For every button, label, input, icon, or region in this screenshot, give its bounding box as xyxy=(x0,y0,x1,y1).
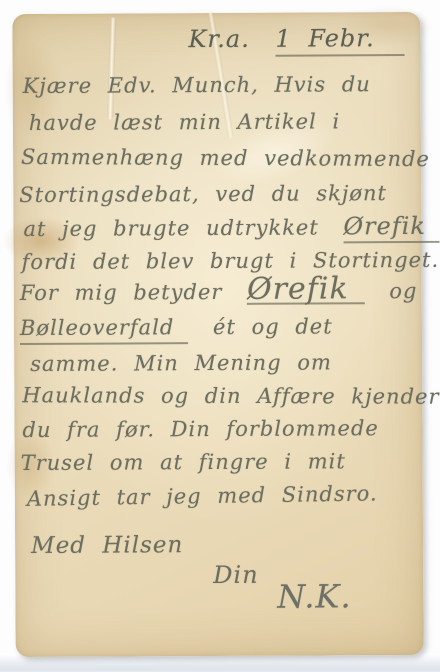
scan-background: Kr.a. 1 Febr. Kjære Edv. Munch, Hvis du … xyxy=(0,0,440,672)
letter-line-10: Hauklands og din Affære kjender xyxy=(22,382,439,409)
letter-line-4: Stortingsdebat, ved du skjønt xyxy=(19,180,387,208)
letter-line-9: samme. Min Mening om xyxy=(30,349,332,377)
letter-line-11: du fra før. Din forblommede xyxy=(22,415,378,443)
line-text: Stortingsdebat, ved du skjønt xyxy=(19,180,387,208)
line-text: du fra før. Din forblommede xyxy=(22,415,378,443)
letter-line-5: at jeg brugte udtrykket Ørefik xyxy=(23,213,440,245)
letter-line-12: Trusel om at fingre i mit xyxy=(21,448,346,476)
closing: Med Hilsen xyxy=(31,532,183,559)
signature-initials: N.K. xyxy=(277,583,351,609)
dateline-date: 1 Febr. xyxy=(275,25,404,57)
underlined-word: Bølleoverfald xyxy=(20,314,189,345)
valediction: Din xyxy=(213,562,259,588)
line-text: at jeg brugte udtrykket xyxy=(23,214,318,242)
closing-text: Med Hilsen xyxy=(31,532,183,559)
line-text: fordi det blev brugt i Stortinget. xyxy=(22,247,440,275)
postcard: Kr.a. 1 Febr. Kjære Edv. Munch, Hvis du … xyxy=(12,12,423,657)
dateline: Kr.a. 1 Febr. xyxy=(188,25,404,57)
line-text: havde læst min Artikel i xyxy=(29,108,340,136)
line-text: og xyxy=(389,278,417,304)
line-text: Hauklands og din Affære kjender xyxy=(22,382,439,409)
line-text: Sammenhæng med vedkommende xyxy=(21,144,430,172)
signature: N.K. xyxy=(277,583,351,609)
line-text: Ansigt tar jeg med Sindsro. xyxy=(27,480,378,512)
line-text: samme. Min Mening om xyxy=(30,349,332,377)
letter-line-2: havde læst min Artikel i xyxy=(29,108,340,136)
line-text: Trusel om at fingre i mit xyxy=(21,448,346,476)
letter-line-8: Bølleoverfald ét og det xyxy=(20,313,333,345)
underlined-word: Ørefik xyxy=(343,213,440,244)
letter-line-13: Ansigt tar jeg med Sindsro. xyxy=(27,480,378,512)
letter-line-6: fordi det blev brugt i Stortinget. xyxy=(22,247,440,275)
line-text: Kjære Edv. Munch, Hvis du xyxy=(23,71,371,99)
valediction-text: Din xyxy=(213,562,259,588)
letter-line-1: Kjære Edv. Munch, Hvis du xyxy=(23,71,371,99)
underlined-word: Ørefik xyxy=(247,278,365,305)
letter-line-7: For mig betyder Ørefik og xyxy=(20,278,418,306)
handwritten-text: Kr.a. 1 Febr. Kjære Edv. Munch, Hvis du … xyxy=(12,12,423,657)
line-text: For mig betyder xyxy=(20,279,223,306)
line-text: ét og det xyxy=(213,313,333,340)
letter-line-3: Sammenhæng med vedkommende xyxy=(21,144,430,172)
dateline-place: Kr.a. xyxy=(188,26,249,52)
